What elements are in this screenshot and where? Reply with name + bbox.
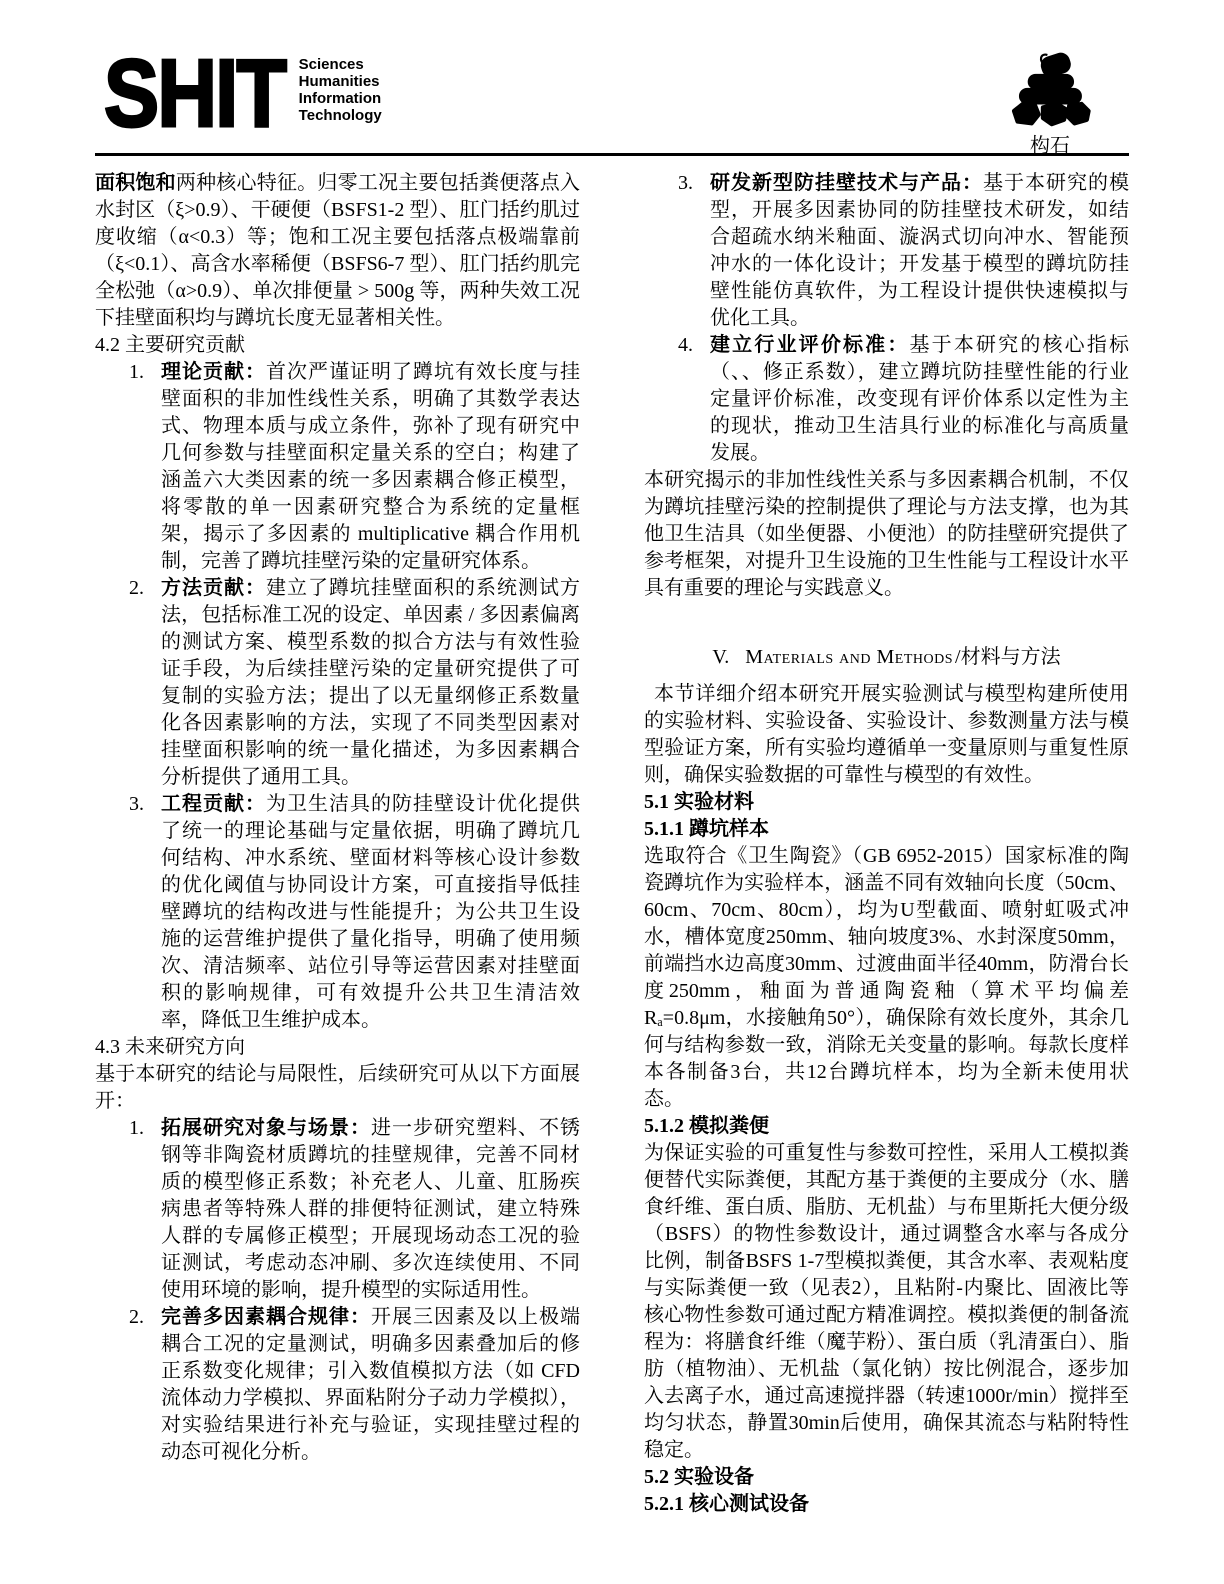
section-v-intro: 本节详细介绍本研究开展实验测试与模型构建所使用的实验材料、实验设备、实验设计、参…: [644, 681, 1129, 789]
tagline-line-sciences: Sciences: [299, 56, 382, 73]
item-label: 方法贡献：: [161, 577, 266, 599]
item-label: 理论贡献：: [161, 361, 266, 383]
item-text: 建立了蹲坑挂壁面积的系统测试方法，包括标准工况的设定、单因素 / 多因素偏离的测…: [161, 577, 580, 788]
item-text: 首次严谨证明了蹲坑有效长度与挂壁面积的非加性线性关系，明确了其数学表达式、物理本…: [161, 361, 580, 572]
item-number: 3.: [678, 170, 693, 197]
content-columns: 面积饱和两种核心特征。归零工况主要包括粪便落点入水封区（ξ>0.9）、干硬便（B…: [95, 170, 1129, 1518]
subsection-heading-5-1: 5.1 实验材料: [644, 789, 1129, 816]
section-v-number: V.: [712, 646, 729, 668]
page: SHIT Sciences Humanities Information Tec…: [0, 0, 1224, 1584]
item-number: 1.: [129, 1115, 144, 1142]
tagline-line-humanities: Humanities: [299, 73, 382, 90]
continued-paragraph: 面积饱和两种核心特征。归零工况主要包括粪便落点入水封区（ξ>0.9）、干硬便（B…: [95, 170, 580, 332]
publisher-logo: 构石: [998, 50, 1102, 157]
item-number: 2.: [129, 1304, 144, 1331]
journal-logo-text: SHIT: [104, 48, 285, 140]
subsection-heading-5-2: 5.2 实验设备: [644, 1464, 1129, 1491]
contribution-item-method: 2.方法贡献：建立了蹲坑挂壁面积的系统测试方法，包括标准工况的设定、单因素 / …: [95, 575, 580, 791]
item-number: 3.: [129, 791, 144, 818]
tagline-line-information: Information: [299, 90, 382, 107]
item-label: 建立行业评价标准：: [710, 334, 910, 356]
future-directions-intro: 基于本研究的结论与局限性，后续研究可从以下方面展开：: [95, 1061, 580, 1115]
future-item-scope: 1.拓展研究对象与场景：进一步研究塑料、不锈钢等非陶瓷材质蹲坑的挂壁规律，完善不…: [95, 1115, 580, 1304]
future-item-technology: 3.研发新型防挂壁技术与产品：基于本研究的模型，开展多因素协同的防挂壁技术研发，…: [644, 170, 1129, 332]
future-item-coupling: 2.完善多因素耦合规律：开展三因素及以上极端耦合工况的定量测试，明确多因素叠加后…: [95, 1304, 580, 1466]
item-label: 研发新型防挂壁技术与产品：: [710, 172, 983, 194]
tagline-line-technology: Technology: [299, 107, 382, 124]
item-label: 工程贡献：: [161, 793, 266, 815]
item-label: 完善多因素耦合规律：: [161, 1306, 371, 1328]
stone-pile-icon: [1008, 50, 1092, 130]
section-v-title-zh: /材料与方法: [955, 646, 1061, 668]
journal-tagline: Sciences Humanities Information Technolo…: [299, 56, 382, 124]
section-v-heading: V.Materials and Methods/材料与方法: [644, 644, 1129, 671]
paragraph-bold-lead: 面积饱和: [95, 172, 176, 194]
section-heading-4-2: 4.2 主要研究贡献: [95, 332, 580, 359]
paragraph-simulated-feces: 为保证实验的可重复性与参数可控性，采用人工模拟粪便替代实际粪便，其配方基于粪便的…: [644, 1140, 1129, 1464]
item-text: 进一步研究塑料、不锈钢等非陶瓷材质蹲坑的挂壁规律，完善不同材质的模型修正系数；补…: [161, 1117, 580, 1301]
contribution-item-theory: 1.理论贡献：首次严谨证明了蹲坑有效长度与挂壁面积的非加性线性关系，明确了其数学…: [95, 359, 580, 575]
journal-masthead: SHIT Sciences Humanities Information Tec…: [104, 48, 382, 140]
item-text: 基于本研究的模型，开展多因素协同的防挂壁技术研发，如结合超疏水纳米釉面、漩涡式切…: [710, 172, 1129, 329]
contribution-item-engineering: 3.工程贡献：为卫生洁具的防挂壁设计优化提供了统一的理论基础与定量依据，明确了蹲…: [95, 791, 580, 1034]
item-number: 4.: [678, 332, 693, 359]
item-number: 2.: [129, 575, 144, 602]
section-heading-4-3: 4.3 未来研究方向: [95, 1034, 580, 1061]
paragraph-squat-pan-samples: 选取符合《卫生陶瓷》（GB 6952-2015）国家标准的陶瓷蹲坑作为实验样本，…: [644, 843, 1129, 1113]
subsection-heading-5-1-1: 5.1.1 蹲坑样本: [644, 816, 1129, 843]
subsection-heading-5-2-1: 5.2.1 核心测试设备: [644, 1491, 1129, 1518]
future-item-standards: 4.建立行业评价标准：基于本研究的核心指标（、、修正系数），建立蹲坑防挂壁性能的…: [644, 332, 1129, 467]
header-rule: [95, 153, 1129, 156]
section-v-title-en: Materials and Methods: [745, 646, 953, 668]
item-number: 1.: [129, 359, 144, 386]
item-text: 开展三因素及以上极端耦合工况的定量测试，明确多因素叠加后的修正系数变化规律；引入…: [161, 1306, 580, 1463]
item-label: 拓展研究对象与场景：: [161, 1117, 371, 1139]
paragraph-text: 两种核心特征。归零工况主要包括粪便落点入水封区（ξ>0.9）、干硬便（BSFS1…: [95, 172, 580, 329]
subsection-heading-5-1-2: 5.1.2 模拟粪便: [644, 1113, 1129, 1140]
item-text: 为卫生洁具的防挂壁设计优化提供了统一的理论基础与定量依据，明确了蹲坑几何结构、冲…: [161, 793, 580, 1031]
right-column: 3.研发新型防挂壁技术与产品：基于本研究的模型，开展多因素协同的防挂壁技术研发，…: [644, 170, 1129, 1518]
closing-paragraph: 本研究揭示的非加性线性关系与多因素耦合机制，不仅为蹲坑挂壁污染的控制提供了理论与…: [644, 467, 1129, 602]
left-column: 面积饱和两种核心特征。归零工况主要包括粪便落点入水封区（ξ>0.9）、干硬便（B…: [95, 170, 580, 1518]
